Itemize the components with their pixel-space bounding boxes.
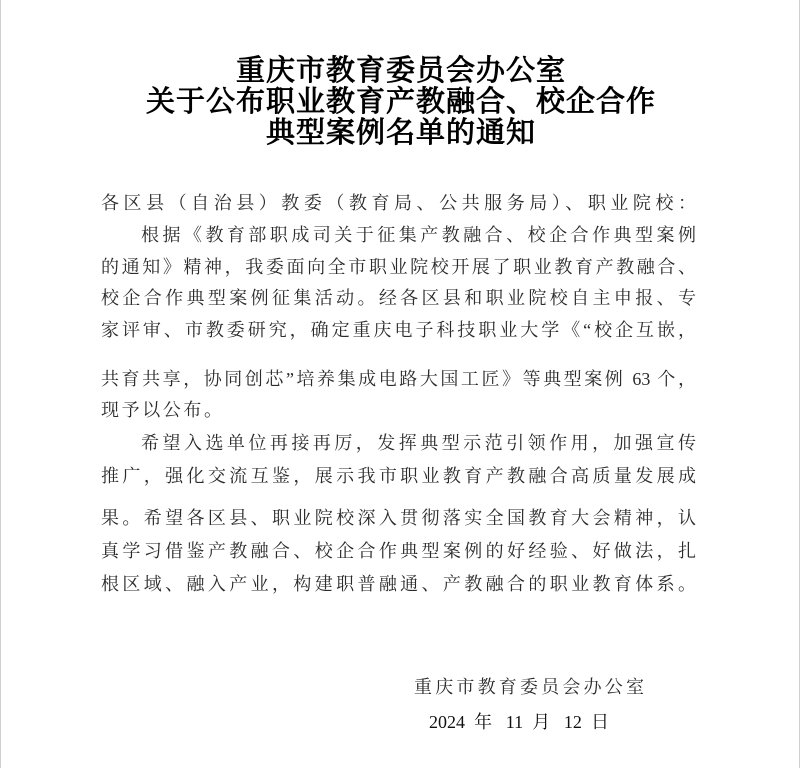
paragraph-1-line-2: 的通知》精神，我委面向全市职业院校开展了职业教育产教融合、	[101, 252, 696, 282]
signature-organization: 重庆市教育委员会办公室	[414, 673, 644, 701]
salutation: 各区县（自治县）教委（教育局、公共服务局）、职业院校：	[101, 188, 696, 218]
paragraph-2-line-4: 真学习借鉴产教融合、校企合作典型案例的好经验、好做法，扎	[101, 536, 696, 566]
document-title-line-3: 典型案例名单的通知	[1, 118, 800, 149]
paragraph-2-line-5: 根区域、融入产业，构建职普融通、产教融合的职业教育体系。	[101, 569, 696, 599]
document-page: 重庆市教育委员会办公室 关于公布职业教育产教融合、校企合作 典型案例名单的通知 …	[0, 0, 800, 768]
signature-date: 2024 年 11 月 12 日	[429, 708, 609, 736]
paragraph-2-line-2: 推广，强化交流互鉴，展示我市职业教育产教融合高质量发展成	[101, 461, 696, 491]
paragraph-1-line-6: 现予以公布。	[101, 395, 225, 425]
paragraph-2-line-1: 希望入选单位再接再厉，发挥典型示范引领作用，加强宣传	[141, 428, 696, 458]
paragraph-1-line-3: 校企合作典型案例征集活动。经各区县和职业院校自主申报、专	[101, 283, 696, 313]
document-title-line-2: 关于公布职业教育产教融合、校企合作	[1, 87, 800, 118]
paragraph-1-line-1: 根据《教育部职成司关于征集产教融合、校企合作典型案例	[141, 220, 696, 250]
paragraph-2-line-3: 果。希望各区县、职业院校深入贯彻落实全国教育大会精神，认	[101, 503, 696, 533]
paragraph-1-line-5: 共育共享，协同创芯”培养集成电路大国工匠》等典型案例 63 个，	[101, 364, 696, 394]
paragraph-1-line-4: 家评审、市教委研究，确定重庆电子科技职业大学《“校企互嵌，	[101, 315, 696, 345]
document-title-line-1: 重庆市教育委员会办公室	[1, 56, 800, 87]
